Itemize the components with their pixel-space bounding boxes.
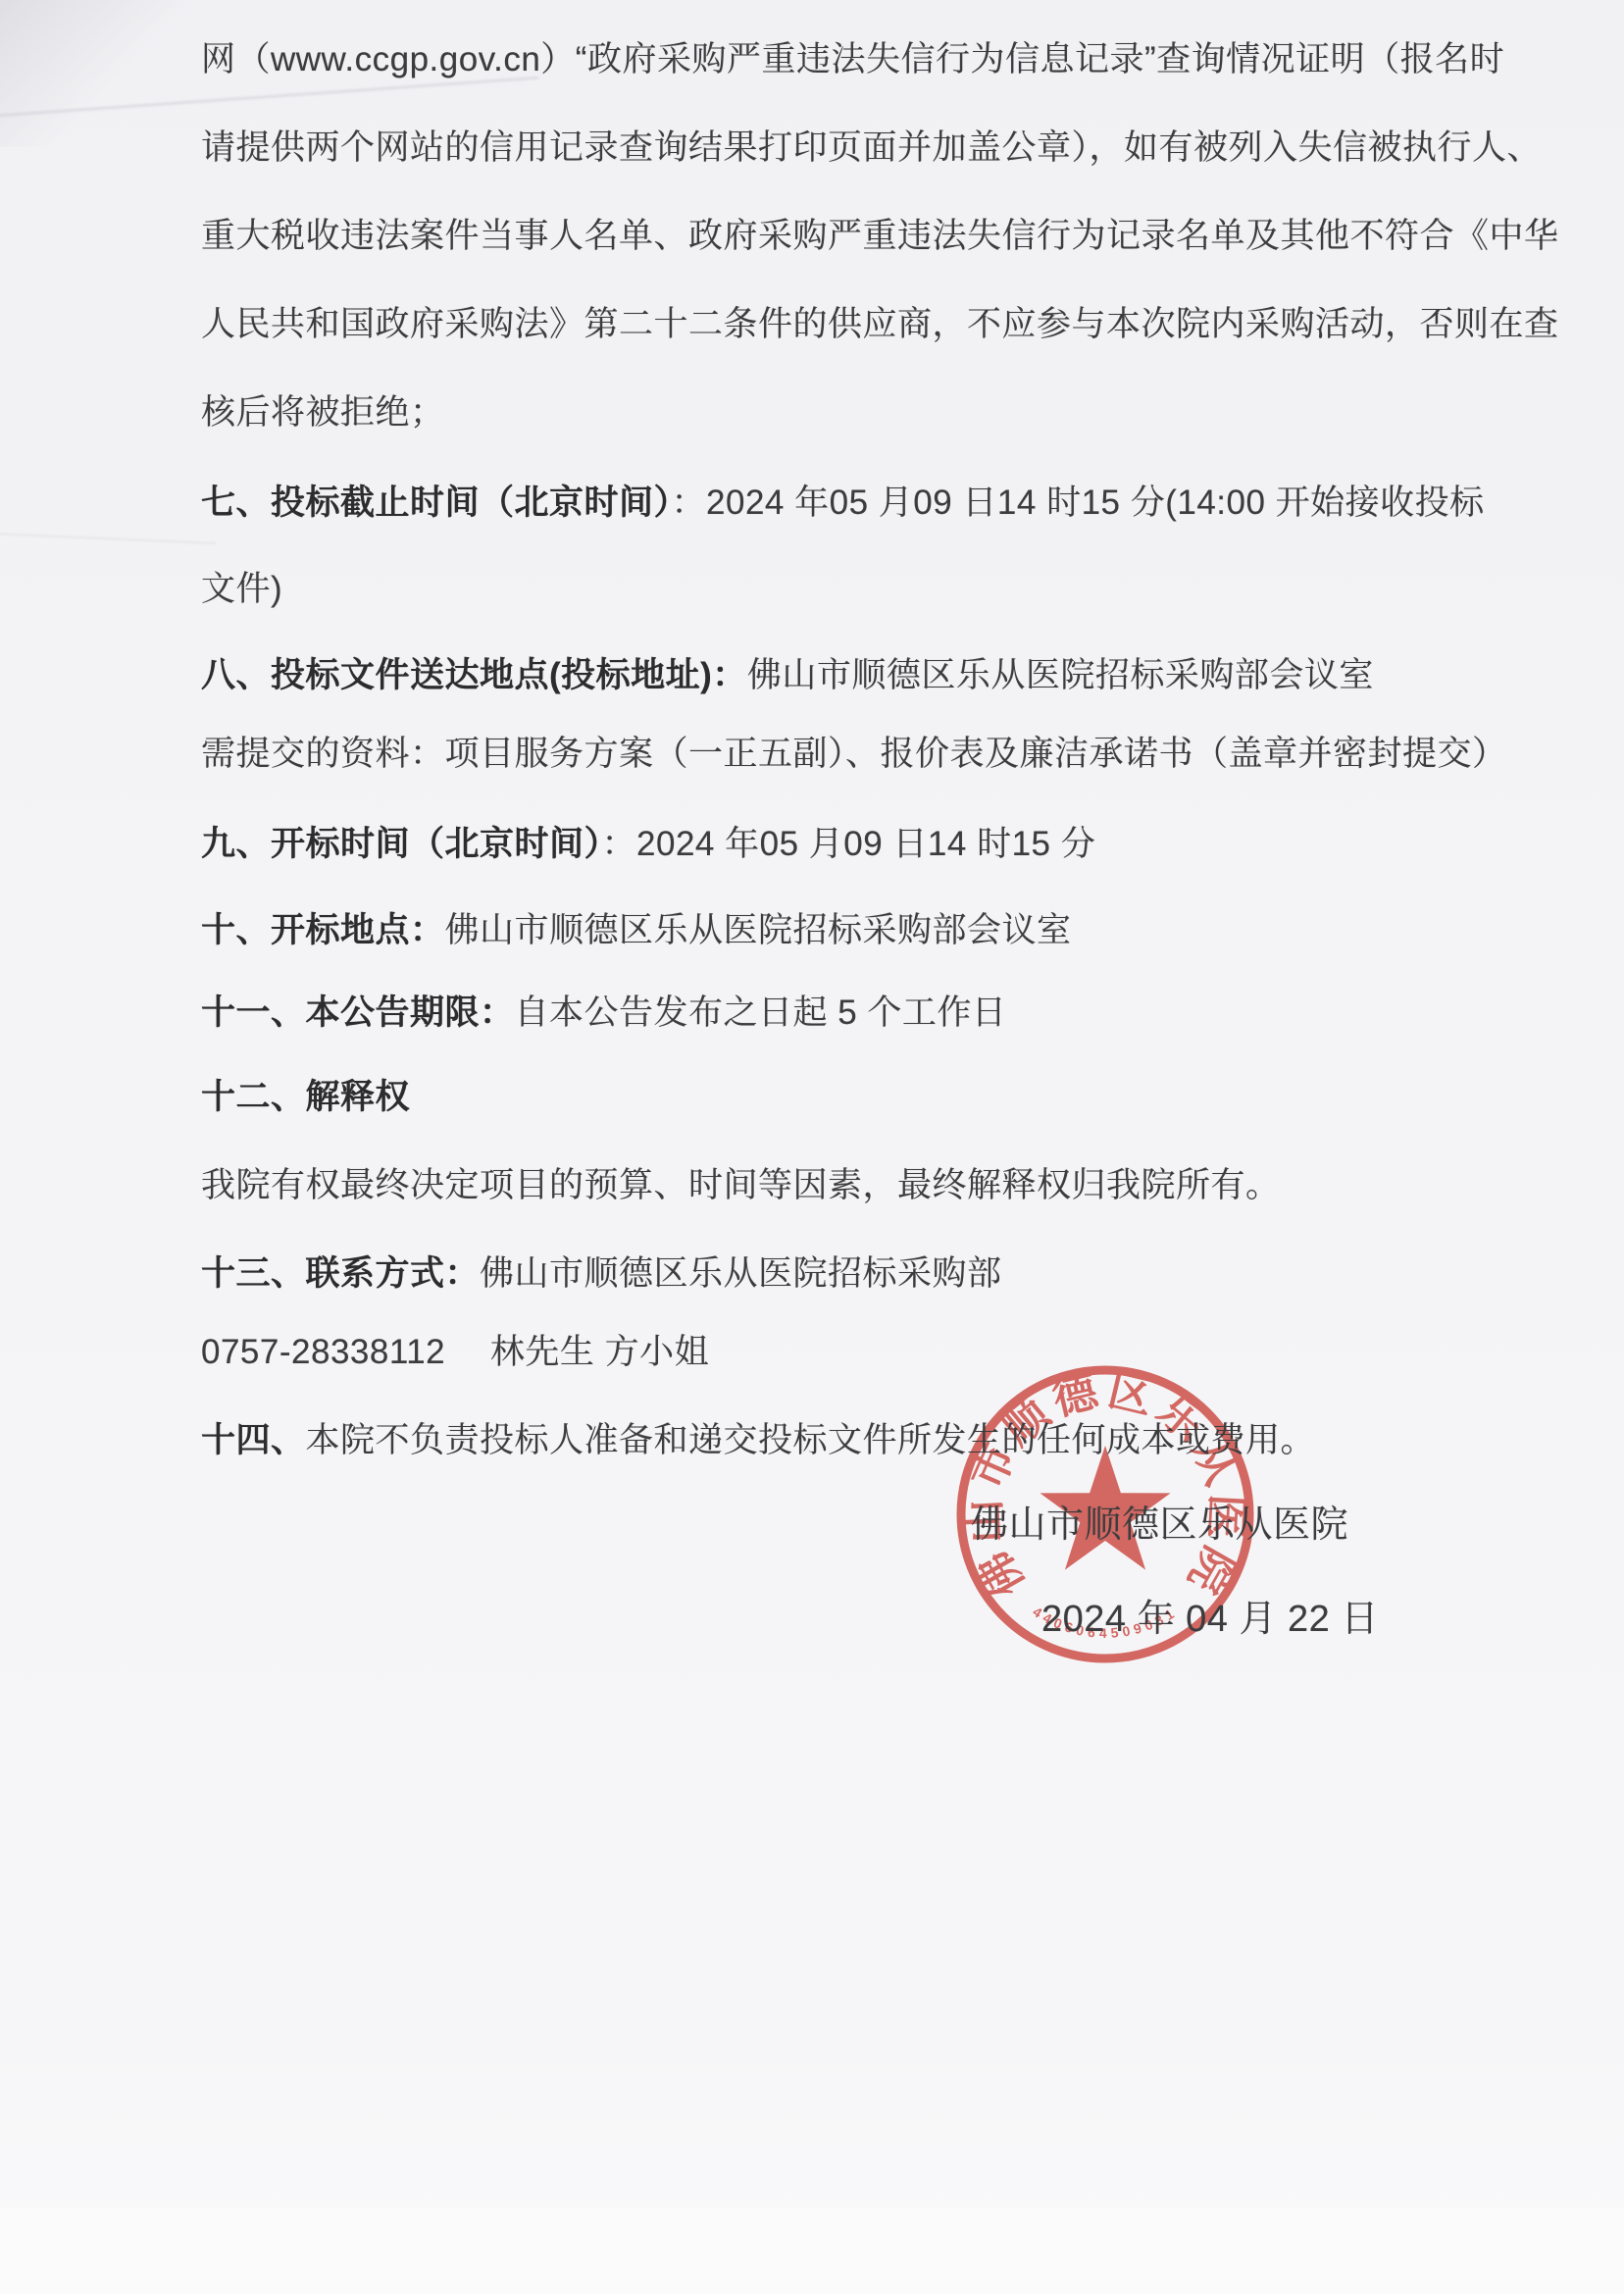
section-12-body: 我院有权最终决定项目的预算、时间等因素，最终解释权归我院所有。 <box>201 1163 1281 1208</box>
section-8-heading: 八、投标文件送达地点(投标地址)： <box>201 656 747 694</box>
section-10-opening-place: 十、开标地点：佛山市顺德区乐从医院招标采购部会议室 <box>201 908 1072 953</box>
section-13-heading: 十三、联系方式： <box>201 1254 480 1293</box>
section-10-value: 佛山市顺德区乐从医院招标采购部会议室 <box>445 911 1072 949</box>
scan-crease <box>0 76 538 119</box>
intro-line-1: 网（www.ccgp.gov.cn）“政府采购严重违法失信行为信息记录”查询情况… <box>201 37 1504 82</box>
section-9-heading: 九、开标时间（北京时间） <box>201 825 602 863</box>
section-8-delivery-address: 八、投标文件送达地点(投标地址)：佛山市顺德区乐从医院招标采购部会议室 <box>201 653 1374 698</box>
section-12-heading: 十二、解释权 <box>201 1078 410 1116</box>
section-7-value: ：2024 年05 月09 日14 时15 分(14:00 开始接收投标 <box>672 484 1485 522</box>
section-7-bid-deadline: 七、投标截止时间（北京时间）：2024 年05 月09 日14 时15 分(14… <box>201 481 1485 526</box>
section-8-required-materials: 需提交的资料：项目服务方案（一正五副）、报价表及廉洁承诺书（盖章并密封提交） <box>201 732 1507 777</box>
scan-crease <box>0 533 216 544</box>
section-13-contact: 十三、联系方式：佛山市顺德区乐从医院招标采购部 <box>201 1251 1002 1297</box>
section-11-heading: 十一、本公告期限： <box>201 994 515 1032</box>
contact-phone-line: 0757-28338112 林先生 方小姐 <box>201 1330 709 1375</box>
signature-date: 2024 年 04 月 22 日 <box>1041 1597 1379 1642</box>
section-13-value: 佛山市顺德区乐从医院招标采购部 <box>480 1254 1002 1293</box>
section-7-heading: 七、投标截止时间（北京时间） <box>201 484 672 522</box>
intro-line-3: 重大税收违法案件当事人名单、政府采购严重违法失信行为记录名单及其他不符合《中华 <box>201 214 1559 259</box>
intro-line-2: 请提供两个网站的信用记录查询结果打印页面并加盖公章），如有被列入失信被执行人、 <box>201 126 1542 171</box>
section-8-value: 佛山市顺德区乐从医院招标采购部会议室 <box>747 656 1374 694</box>
section-12-interpretation-right: 十二、解释权 <box>201 1075 410 1120</box>
signature-organization: 佛山市顺德区乐从医院 <box>971 1503 1348 1548</box>
section-9-value: ：2024 年05 月09 日14 时15 分 <box>602 825 1096 863</box>
scan-corner-shadow <box>0 0 216 147</box>
section-14-cost-disclaimer: 十四、本院不负责投标人准备和递交投标文件所发生的任何成本或费用。 <box>201 1418 1315 1463</box>
intro-line-4: 人民共和国政府采购法》第二十二条件的供应商，不应参与本次院内采购活动，否则在查 <box>201 302 1559 347</box>
section-9-opening-time: 九、开标时间（北京时间）：2024 年05 月09 日14 时15 分 <box>201 822 1095 867</box>
section-10-heading: 十、开标地点： <box>201 911 445 949</box>
section-7-continuation: 文件) <box>201 567 282 612</box>
section-11-announcement-period: 十一、本公告期限：自本公告发布之日起 5 个工作日 <box>201 991 1006 1036</box>
section-11-value: 自本公告发布之日起 5 个工作日 <box>515 994 1007 1032</box>
scan-edge-band <box>0 2209 1624 2294</box>
intro-line-5: 核后将被拒绝； <box>201 390 445 435</box>
scanned-document-page: 佛山市顺德区乐从医院 4406064509031 网（www.ccgp.gov.… <box>0 0 1624 2294</box>
section-14-value: 本院不负责投标人准备和递交投标文件所发生的任何成本或费用。 <box>306 1421 1316 1459</box>
section-14-heading: 十四、 <box>201 1421 306 1459</box>
